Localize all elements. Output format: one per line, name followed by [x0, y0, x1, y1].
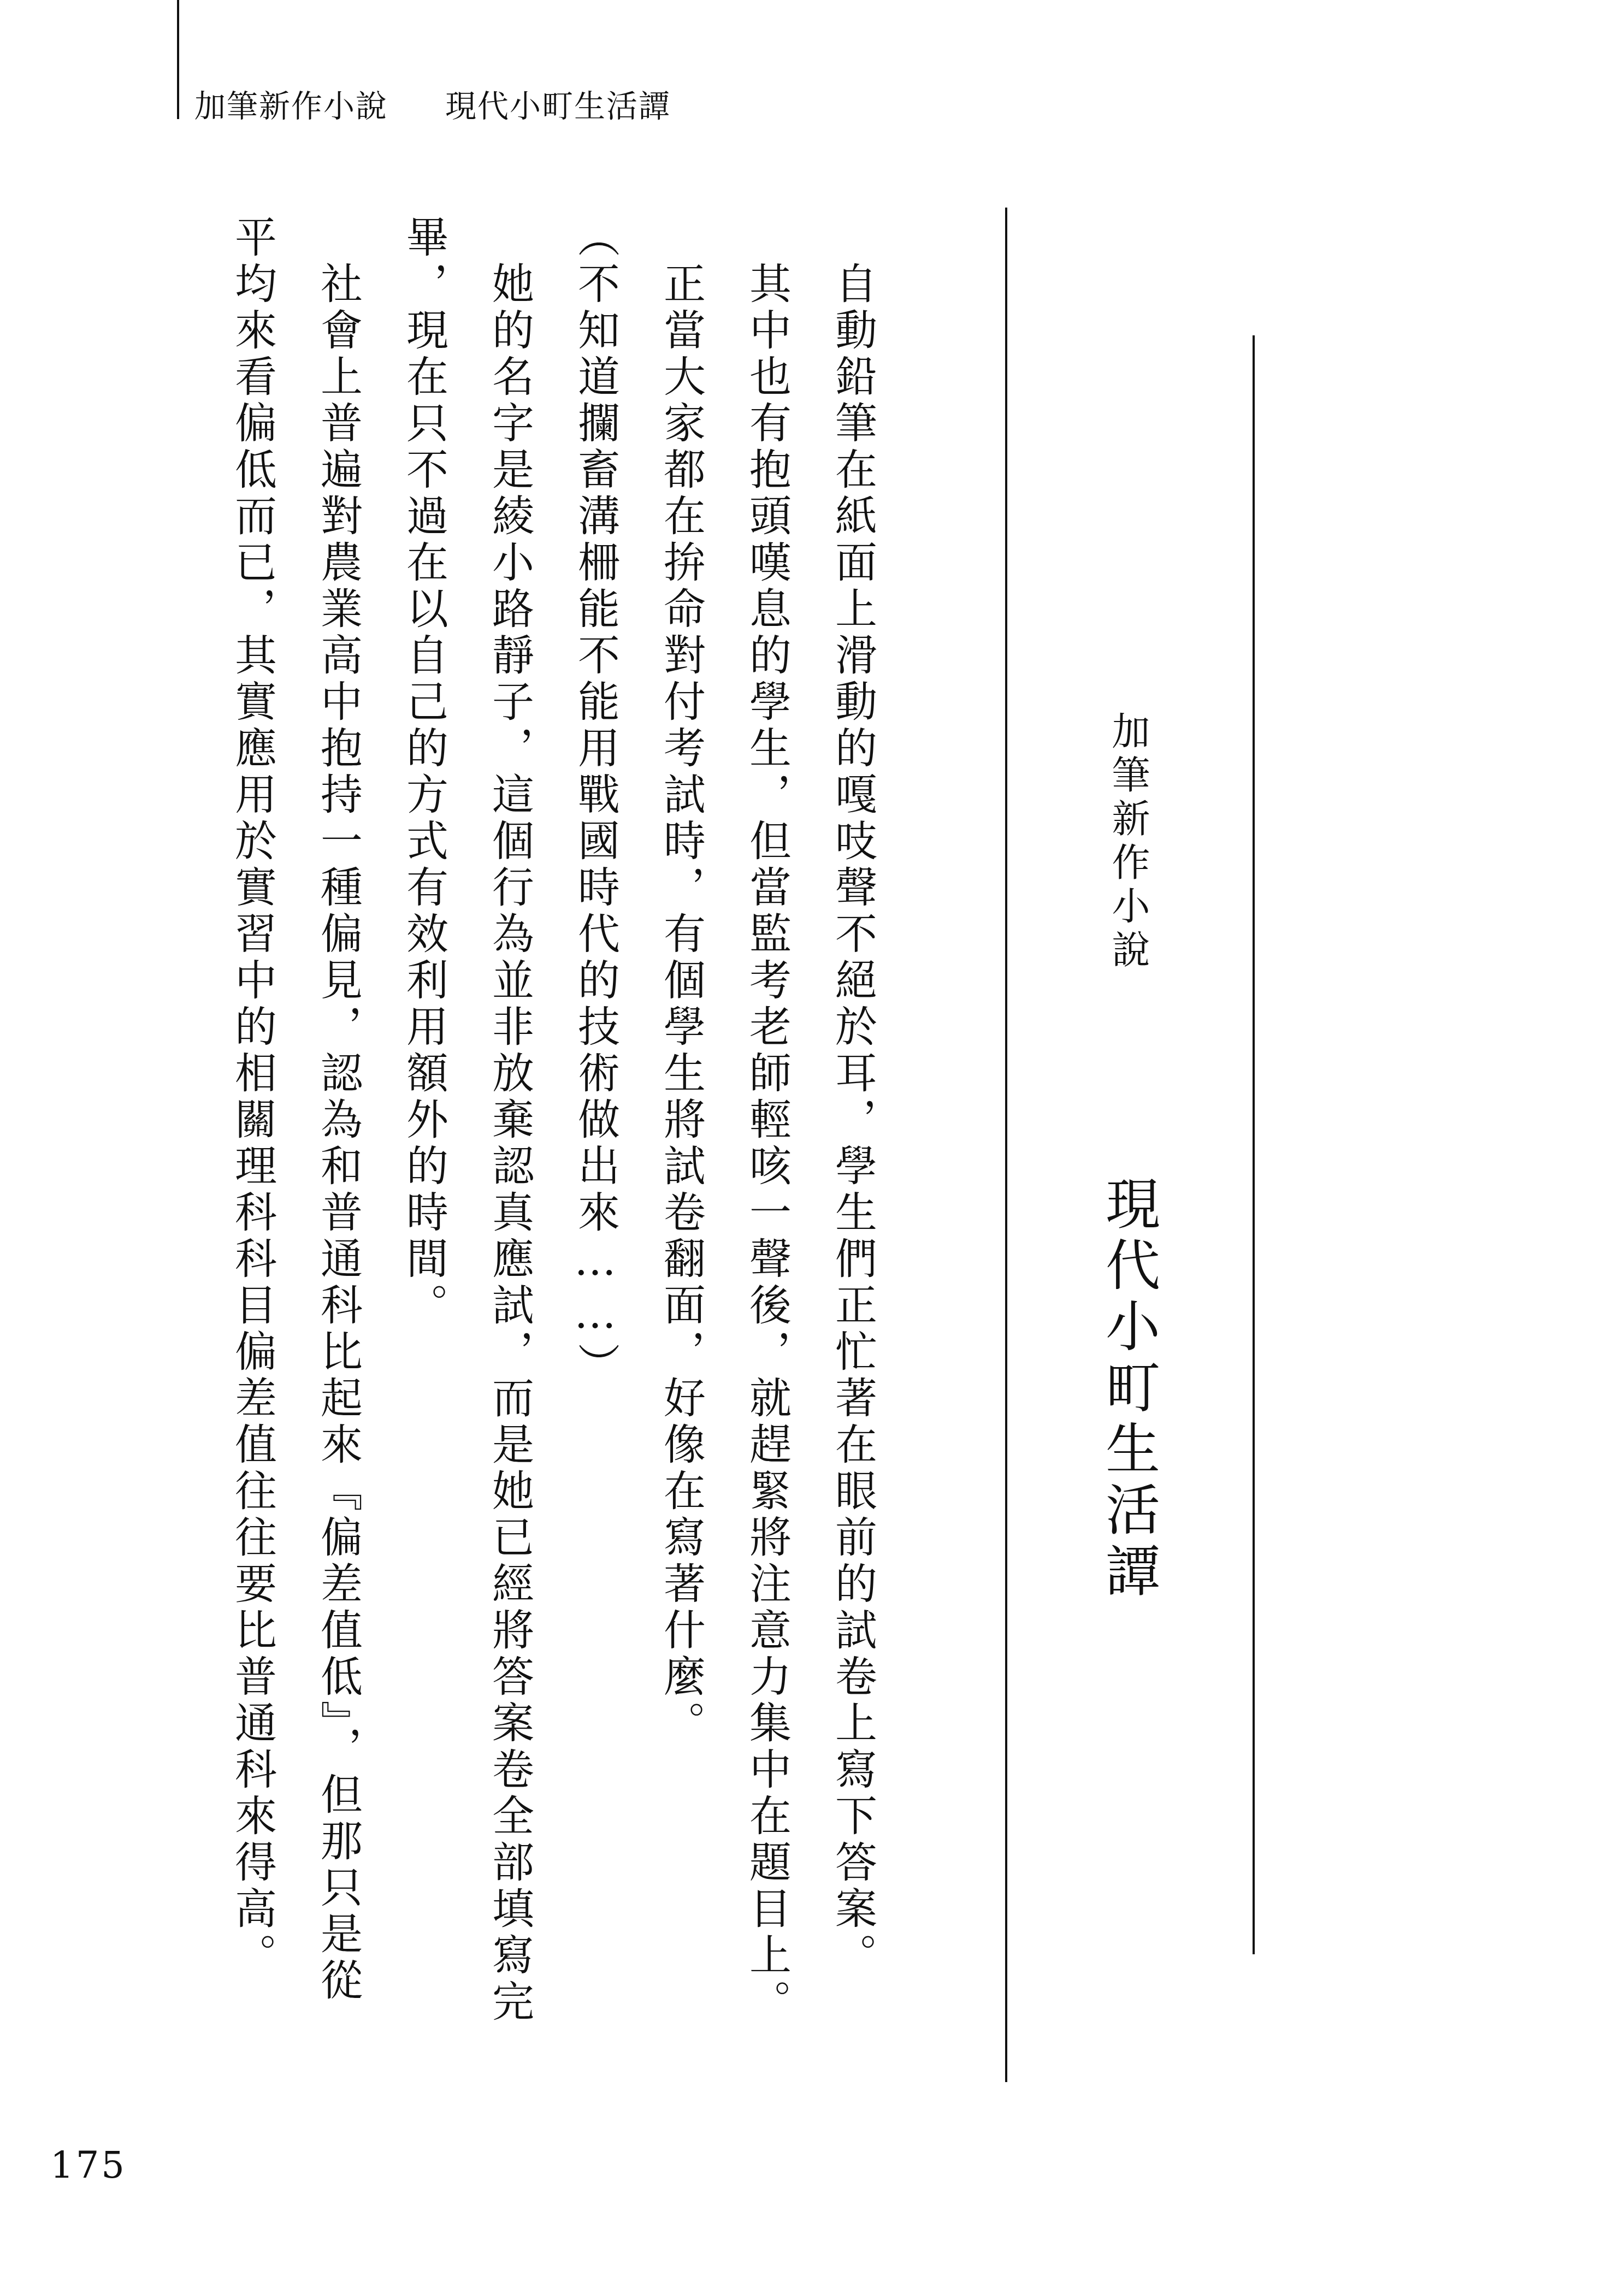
running-header-title: 現代小町生活譚 — [445, 88, 671, 125]
page-number: 175 — [50, 2145, 127, 2185]
running-header-series: 加筆新作小說 — [194, 88, 388, 125]
body-column-6: 畢，現在只不過在以自己的方式有效利用額外的時間。 — [381, 215, 466, 2042]
header-rule — [177, 0, 179, 119]
running-header: 加筆新作小說現代小町生活譚 — [194, 87, 671, 126]
section-title: 現代小町生活譚 — [1100, 1175, 1156, 1604]
body-column-7: 社會上普遍對農業高中抱持一種偏見，認為和普通科比起來『偏差值低』，但那只是從 — [295, 215, 381, 2042]
section-series-label: 加筆新作小說 — [1108, 711, 1148, 973]
divider-rule-outer — [1253, 335, 1255, 1954]
book-page: 加筆新作小說現代小町生活譚 自動鉛筆在紙面上滑動的嘎吱聲不絕於耳，學生們正忙著在… — [0, 0, 1624, 2294]
divider-rule-inner — [1005, 208, 1007, 2082]
body-column-8: 平均來看偏低而已，其實應用於實習中的相關理科科目偏差值往往要比普通科來得高。 — [209, 215, 295, 2042]
body-column-1: 自動鉛筆在紙面上滑動的嘎吱聲不絕於耳，學生們正忙著在眼前的試卷上寫下答案。 — [810, 215, 895, 2042]
body-column-2: 其中也有抱頭嘆息的學生，但當監考老師輕咳一聲後，就趕緊將注意力集中在題目上。 — [724, 215, 810, 2042]
body-column-5: 她的名字是綾小路靜子，這個行為並非放棄認真應試，而是她已經將答案卷全部填寫完 — [466, 215, 552, 2042]
body-text: 自動鉛筆在紙面上滑動的嘎吱聲不絕於耳，學生們正忙著在眼前的試卷上寫下答案。 其中… — [209, 215, 895, 2042]
body-column-3: 正當大家都在拚命對付考試時，有個學生將試卷翻面，好像在寫著什麼。 — [638, 215, 724, 2042]
body-column-4: （不知道攔畜溝柵能不能用戰國時代的技術做出來……） — [552, 215, 638, 2042]
